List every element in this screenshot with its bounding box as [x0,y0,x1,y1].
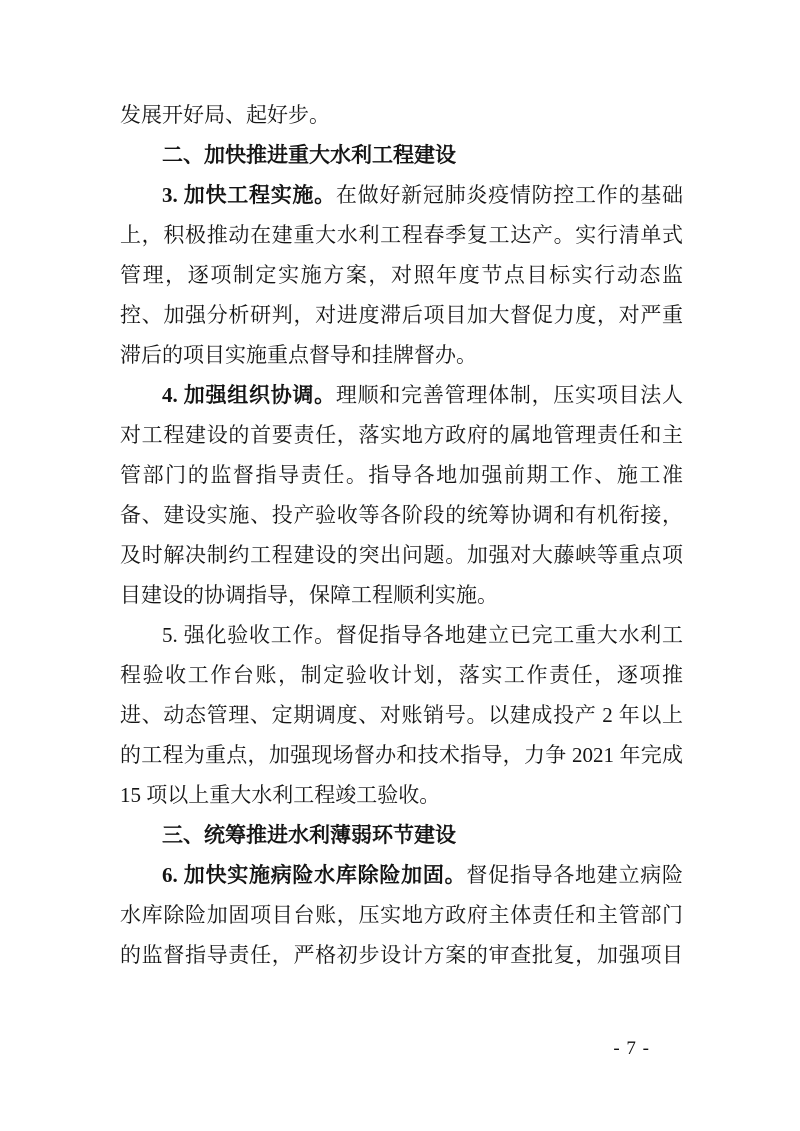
paragraph-6-lead: 6. 加快实施病险水库除险加固。 [162,863,466,887]
paragraph-3-lead: 3. 加快工程实施。 [162,183,336,207]
paragraph-item-3: 3. 加快工程实施。在做好新冠肺炎疫情防控工作的基础上，积极推动在建重大水利工程… [120,175,683,375]
continuation-text: 发展开好局、起好步。 [120,103,330,127]
document-body: 发展开好局、起好步。 二、加快推进重大水利工程建设 3. 加快工程实施。在做好新… [120,95,683,975]
page-number: - 7 - [613,1035,650,1063]
paragraph-5-lead: 5. 强化验收工作。 [162,623,336,647]
paragraph-4-lead: 4. 加强组织协调。 [162,383,336,407]
paragraph-item-4: 4. 加强组织协调。理顺和完善管理体制，压实项目法人对工程建设的首要责任，落实地… [120,375,683,615]
paragraph-4-body: 理顺和完善管理体制，压实项目法人对工程建设的首要责任，落实地方政府的属地管理责任… [120,383,683,607]
paragraph-item-5: 5. 强化验收工作。督促指导各地建立已完工重大水利工程验收工作台账，制定验收计划… [120,615,683,815]
paragraph-continuation: 发展开好局、起好步。 [120,95,683,135]
section-heading-two-text: 二、加快推进重大水利工程建设 [162,143,456,167]
section-heading-three: 三、统筹推进水利薄弱环节建设 [120,815,683,855]
paragraph-item-6: 6. 加快实施病险水库除险加固。督促指导各地建立病险水库除险加固项目台账，压实地… [120,855,683,975]
paragraph-3-body: 在做好新冠肺炎疫情防控工作的基础上，积极推动在建重大水利工程春季复工达产。实行清… [120,183,683,367]
section-heading-two: 二、加快推进重大水利工程建设 [120,135,683,175]
paragraph-5-body: 督促指导各地建立已完工重大水利工程验收工作台账，制定验收计划，落实工作责任，逐项… [120,623,683,807]
section-heading-three-text: 三、统筹推进水利薄弱环节建设 [162,823,456,847]
document-page: 发展开好局、起好步。 二、加快推进重大水利工程建设 3. 加快工程实施。在做好新… [0,0,800,1131]
